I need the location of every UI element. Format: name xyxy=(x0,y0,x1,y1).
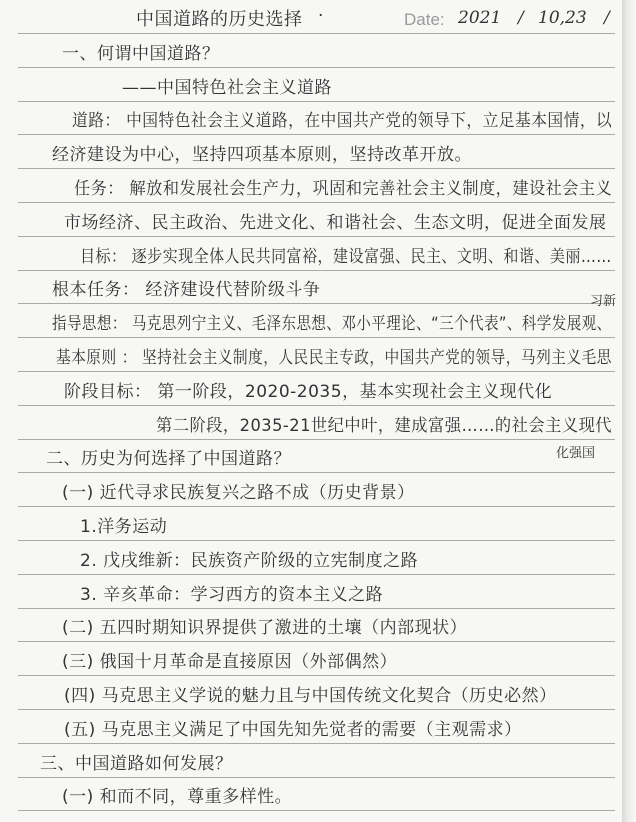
ruled-line xyxy=(18,709,615,710)
note-line: 任务： 解放和发展社会生产力，巩固和完善社会主义制度，建设社会主义 xyxy=(74,179,612,199)
note-line: 三、中国道路如何发展？ xyxy=(40,754,233,774)
title-dot: · xyxy=(318,6,324,26)
date-separator: / xyxy=(604,8,610,28)
page-title: 中国道路的历史选择 xyxy=(136,10,303,30)
note-line: 市场经济、民主政治、先进文化、和谐社会、生态文明，促进全面发展 xyxy=(64,213,607,233)
note-line: 二、历史为何选择了中国道路？ xyxy=(46,449,291,469)
ruled-line xyxy=(18,371,615,372)
note-line: 一、何谓中国道路？ xyxy=(62,44,220,64)
note-line: 指导思想： 马克思列宁主义、毛泽东思想、邓小平理论、“三个代表”、科学发展观、 xyxy=(52,314,612,334)
note-line: 根本任务： 经济建设代替阶级斗争 xyxy=(52,280,320,300)
page-edge xyxy=(622,0,636,822)
ruled-line xyxy=(18,202,615,203)
ruled-line xyxy=(18,608,615,609)
note-line: (一) 近代寻求民族复兴之路不成（历史背景） xyxy=(62,483,415,503)
note-line: 1.洋务运动 xyxy=(80,517,167,537)
margin-note: 习新 xyxy=(590,290,616,309)
note-line: (五) 马克思主义满足了中国先知先觉者的需要（主观需求） xyxy=(64,720,522,740)
ruled-line xyxy=(18,675,615,676)
ruled-line xyxy=(18,134,615,135)
note-line: 基本原则 ： 坚持社会主义制度，人民民主专政，中国共产党的领导，马列主义毛思 xyxy=(56,348,612,368)
ruled-line xyxy=(18,33,615,34)
ruled-line xyxy=(18,743,615,744)
ruled-line xyxy=(18,236,615,237)
date-label: Date: xyxy=(404,10,445,30)
date-year: 2021 xyxy=(458,8,501,28)
ruled-line xyxy=(18,810,615,811)
ruled-line xyxy=(18,641,615,642)
note-line: (二) 五四时期知识界提供了激进的土壤（内部现状） xyxy=(62,618,467,638)
ruled-line xyxy=(18,405,615,406)
note-line: ——中国特色社会主义道路 xyxy=(122,78,332,98)
ruled-line xyxy=(18,777,615,778)
note-line: 2. 戊戌维新：民族资产阶级的立宪制度之路 xyxy=(80,551,418,571)
note-line: 道路： 中国特色社会主义道路，在中国共产党的领导下，立足基本国情，以 xyxy=(72,111,612,131)
note-line: (三) 俄国十月革命是直接原因（外部偶然） xyxy=(62,652,397,672)
note-line: 经济建设为中心，坚持四项基本原则，坚持改革开放。 xyxy=(52,145,472,165)
ruled-line xyxy=(18,439,615,440)
ruled-line xyxy=(18,168,615,169)
ruled-line xyxy=(18,270,615,271)
ruled-line xyxy=(18,101,615,102)
ruled-line xyxy=(18,67,615,68)
note-line: (四) 马克思主义学说的魅力且与中国传统文化契合（历史必然） xyxy=(64,686,557,706)
margin-note: 化强国 xyxy=(556,442,595,461)
notebook-page: 中国道路的历史选择 · Date: 2021 / 10,23 / 一、何谓中国道… xyxy=(0,0,622,822)
ruled-line xyxy=(18,303,615,304)
ruled-line xyxy=(18,337,615,338)
note-line: 阶段目标： 第一阶段，2020-2035，基本实现社会主义现代化 xyxy=(64,382,552,402)
date-separator: / xyxy=(518,8,524,28)
date-month-day: 10,23 xyxy=(538,8,587,28)
note-line: 目标： 逐步实现全体人民共同富裕，建设富强、民主、文明、和谐、美丽…… xyxy=(80,247,612,267)
ruled-line xyxy=(18,540,615,541)
note-line: 3. 辛亥革命：学习西方的资本主义之路 xyxy=(80,585,383,605)
ruled-line xyxy=(18,574,615,575)
ruled-line xyxy=(18,506,615,507)
note-line: 第二阶段，2035-21世纪中叶，建成富强……的社会主义现代 xyxy=(156,416,612,436)
note-line: (一) 和而不同，尊重多样性。 xyxy=(62,787,292,807)
ruled-line xyxy=(18,472,615,473)
